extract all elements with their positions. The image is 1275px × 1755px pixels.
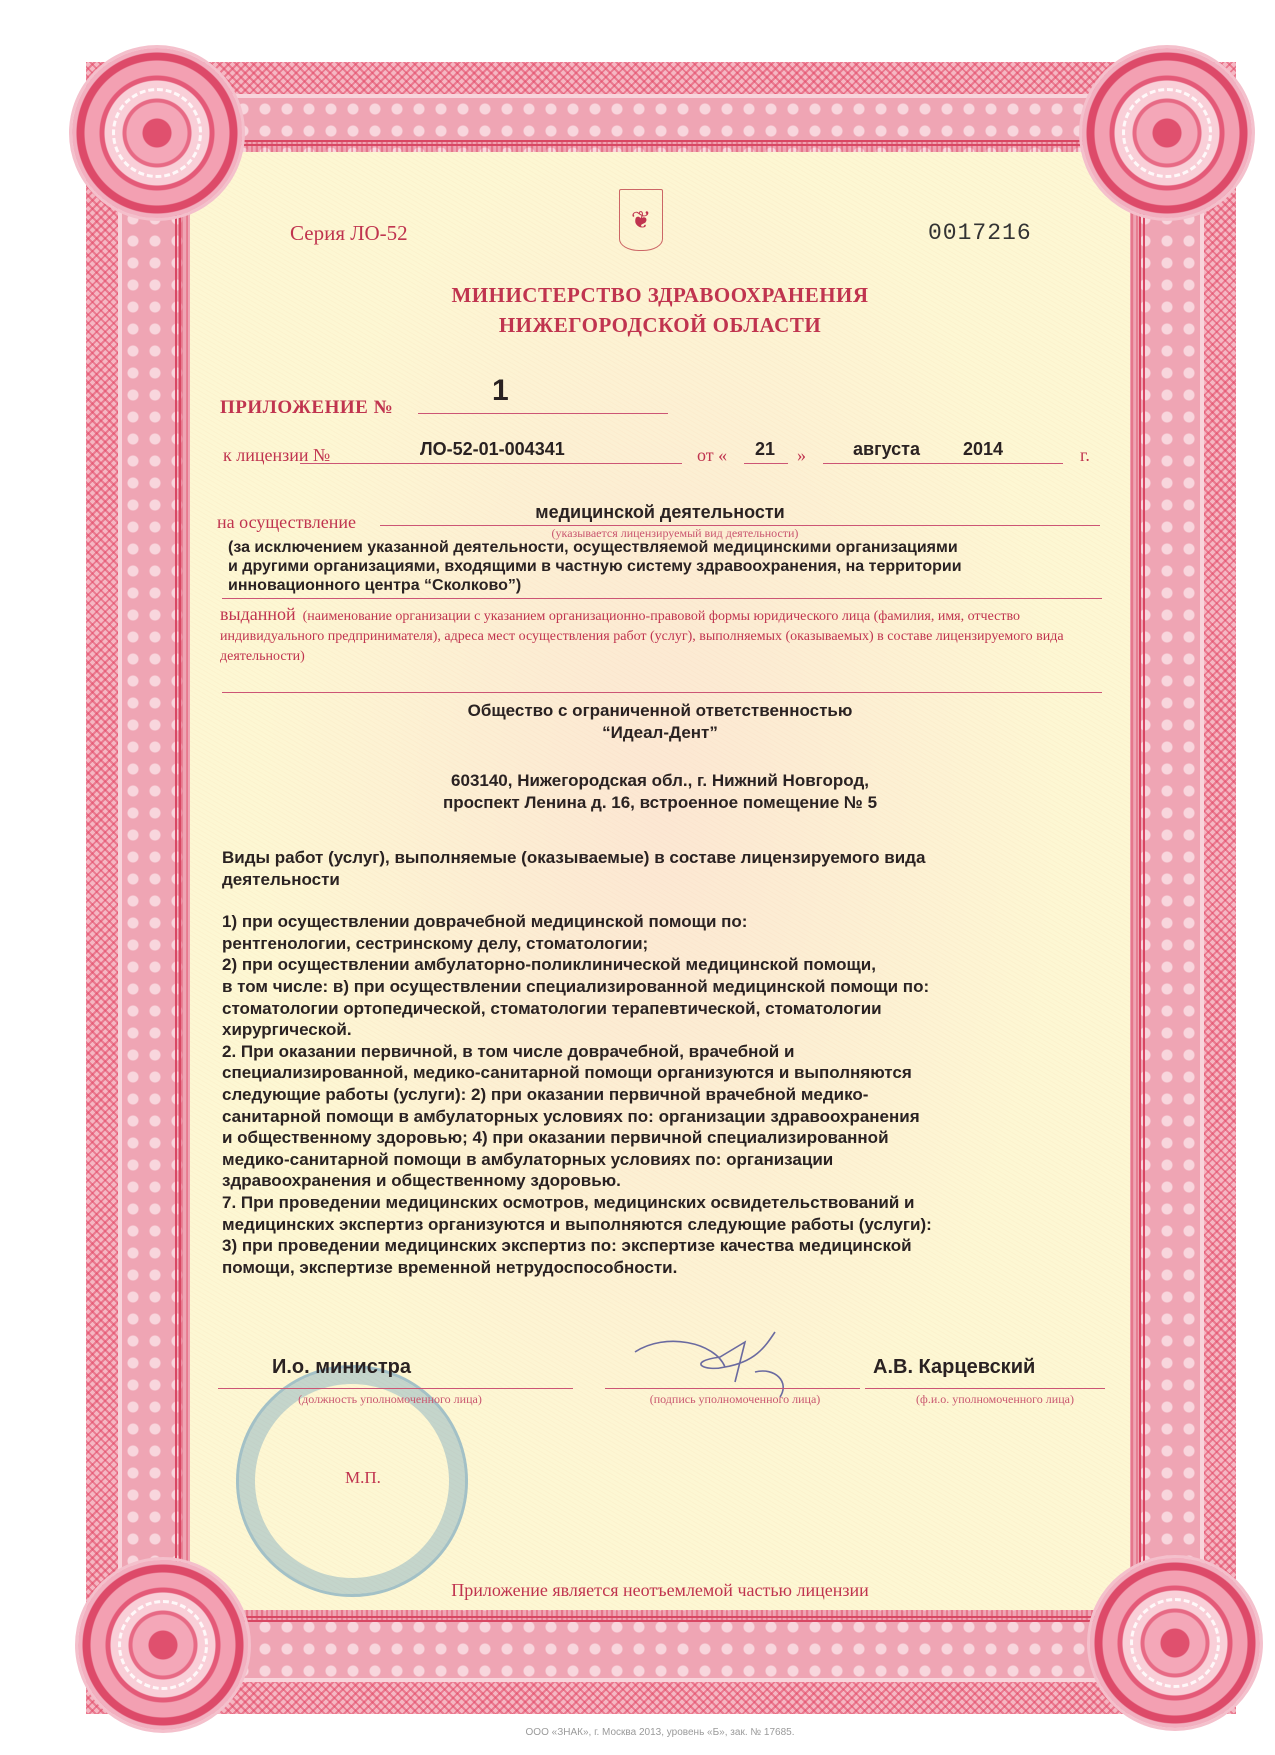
date-day: 21: [755, 439, 775, 460]
activity-exclusion: (за исключением указанной деятельности, …: [228, 538, 1108, 595]
service-line: медицинских экспертиз организуются и вып…: [222, 1214, 1122, 1236]
date-month: августа: [853, 439, 920, 460]
footer-note: Приложение является неотъемлемой частью …: [190, 1580, 1130, 1601]
services-list: Виды работ (услуг), выполняемые (оказыва…: [222, 847, 1122, 1278]
organization-address: 603140, Нижегородская обл., г. Нижний Но…: [190, 770, 1130, 814]
ministry-line-2: НИЖЕГОРОДСКОЙ ОБЛАСТИ: [190, 310, 1130, 340]
month-year-underline: [823, 463, 1063, 464]
corner-rosette-icon: [1082, 48, 1252, 218]
coat-of-arms-icon: ❦: [619, 189, 663, 251]
issued-block: выданной (наименование организации с ука…: [220, 604, 1100, 667]
service-line: 1) при осуществлении доврачебной медицин…: [222, 911, 1122, 933]
exclusion-line: и другими организациями, входящими в час…: [228, 557, 1108, 576]
issued-hint: (наименование организации с указанием ор…: [220, 609, 1064, 664]
organization-name: Общество с ограниченной ответственностью…: [190, 700, 1130, 744]
services-heading: деятельности: [222, 869, 1122, 891]
appendix-number: 1: [492, 374, 509, 408]
year-suffix: г.: [1080, 445, 1090, 466]
issued-label: выданной: [220, 604, 296, 624]
service-line: в том числе: в) при осуществлении специа…: [222, 976, 1122, 998]
corner-rosette-icon: [72, 48, 242, 218]
service-line: 2) при осуществлении амбулаторно-поликли…: [222, 954, 1122, 976]
signature-underline: [605, 1388, 860, 1389]
exclusion-line: (за исключением указанной деятельности, …: [228, 538, 1108, 557]
exclusion-underline: [222, 598, 1102, 599]
day-underline: [744, 463, 788, 464]
signatory-position: И.о. министра: [272, 1356, 411, 1379]
service-line: санитарной помощи в амбулаторных условия…: [222, 1106, 1122, 1128]
service-line: 7. При проведении медицинских осмотров, …: [222, 1192, 1122, 1214]
organization-line-1: Общество с ограниченной ответственностью: [190, 700, 1130, 722]
date-year: 2014: [963, 439, 1003, 460]
service-line: хирургической.: [222, 1019, 1122, 1041]
issued-underline: [222, 692, 1102, 693]
service-line: 3) при проведении медицинских экспертиз …: [222, 1235, 1122, 1257]
services-heading: Виды работ (услуг), выполняемые (оказыва…: [222, 847, 1122, 869]
service-line: следующие работы (услуги): 2) при оказан…: [222, 1084, 1122, 1106]
service-line: стоматологии ортопедической, стоматологи…: [222, 998, 1122, 1020]
license-number: ЛО-52-01-004341: [420, 439, 565, 460]
service-line: и общественному здоровью; 4) при оказани…: [222, 1127, 1122, 1149]
ministry-line-1: МИНИСТЕРСТВО ЗДРАВООХРАНЕНИЯ: [190, 280, 1130, 310]
service-line: рентгенологии, сестринскому делу, стомат…: [222, 933, 1122, 955]
license-underline: [300, 463, 682, 464]
position-hint: (должность уполномоченного лица): [260, 1392, 520, 1407]
service-line: медико-санитарной помощи в амбулаторных …: [222, 1149, 1122, 1171]
date-from-label: от «: [697, 445, 727, 466]
printer-info: ООО «ЗНАК», г. Москва 2013, уровень «Б»,…: [190, 1727, 1130, 1738]
seal-mark: М.П.: [345, 1468, 381, 1488]
service-line: специализированной, медико-санитарной по…: [222, 1062, 1122, 1084]
name-hint: (ф.и.о. уполномоченного лица): [880, 1392, 1110, 1407]
organization-line-2: “Идеал-Дент”: [190, 722, 1130, 744]
issuing-ministry: МИНИСТЕРСТВО ЗДРАВООХРАНЕНИЯ НИЖЕГОРОДСК…: [190, 280, 1130, 340]
signature-hint: (подпись уполномоченного лица): [620, 1392, 850, 1407]
series-label: Серия ЛО-52: [290, 221, 408, 246]
name-underline: [865, 1388, 1105, 1389]
service-line: 2. При оказании первичной, в том числе д…: [222, 1041, 1122, 1063]
appendix-label: ПРИЛОЖЕНИЕ №: [220, 397, 393, 419]
date-close-quote: »: [797, 445, 806, 466]
service-line: помощи, экспертизе временной нетрудоспос…: [222, 1257, 1122, 1279]
position-underline: [218, 1388, 573, 1389]
service-line: здравоохранения и общественному здоровью…: [222, 1170, 1122, 1192]
address-line-1: 603140, Нижегородская обл., г. Нижний Но…: [190, 770, 1130, 792]
activity-value: медицинской деятельности: [190, 502, 1130, 523]
serial-number: 0017216: [928, 220, 1032, 246]
signature-icon: [625, 1322, 825, 1402]
signatory-name: А.В. Карцевский: [873, 1356, 1035, 1379]
appendix-underline: [418, 413, 668, 414]
address-line-2: проспект Ленина д. 16, встроенное помеще…: [190, 792, 1130, 814]
exclusion-line: инновационного центра “Сколково”): [228, 576, 1108, 595]
